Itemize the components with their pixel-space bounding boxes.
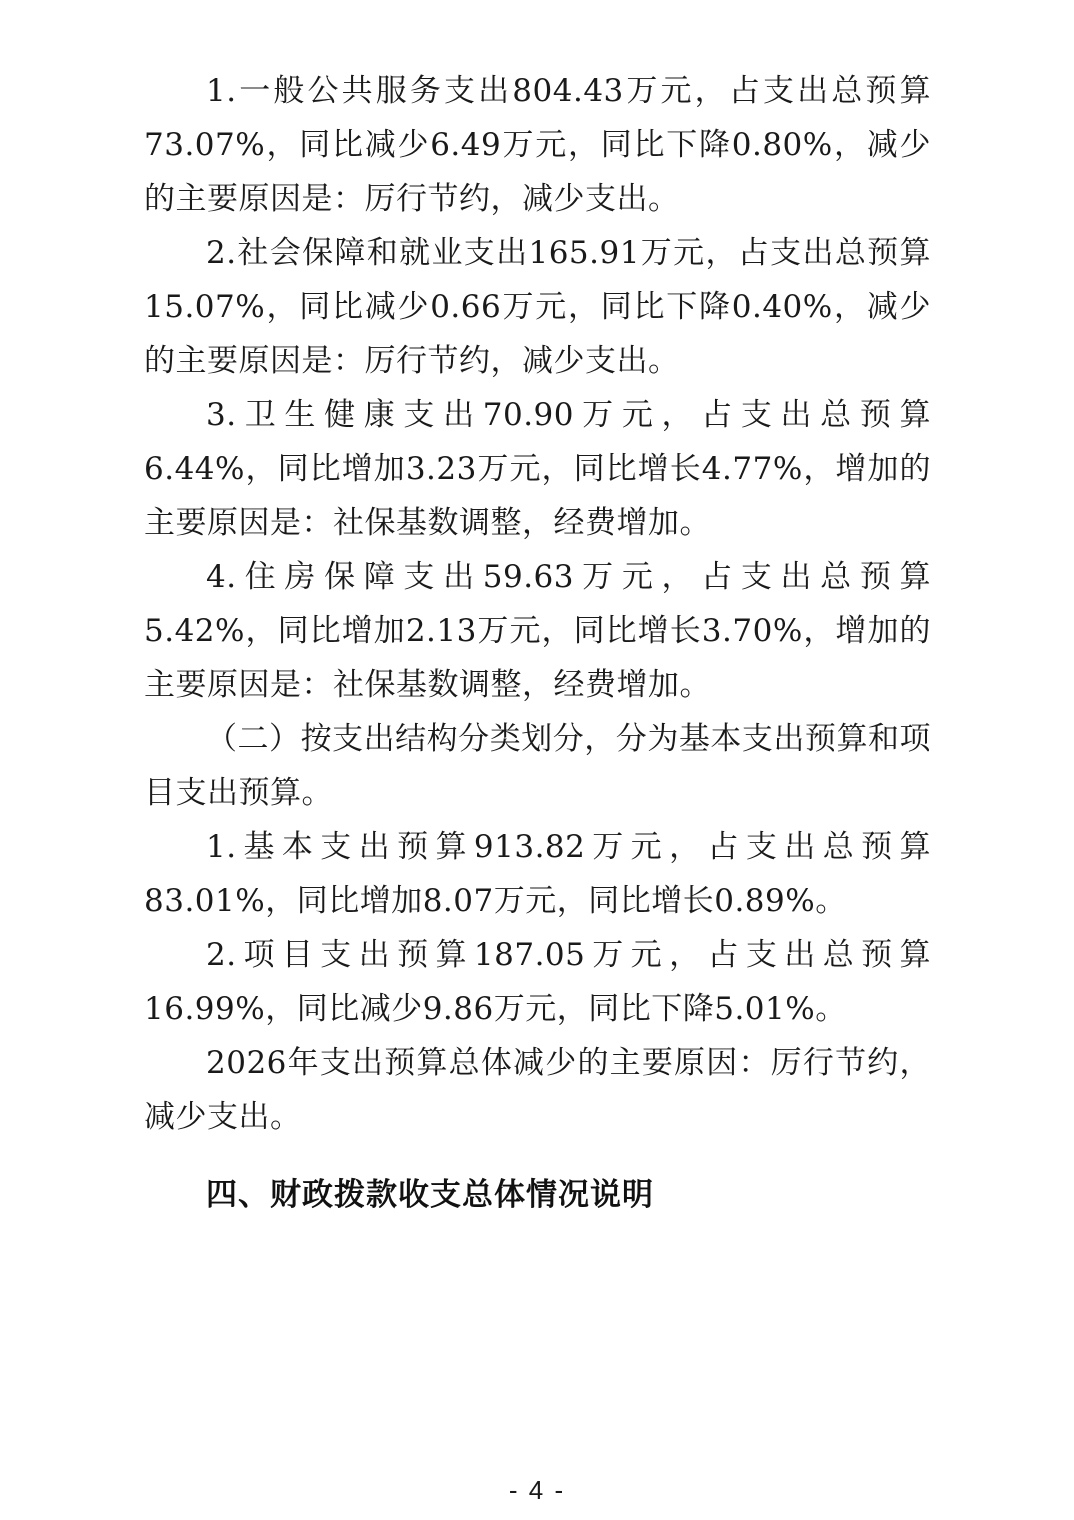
body-paragraph-2: 2.社会保障和就业支出165.91万元，占支出总预算15.07%，同比减少0.6… [144,226,931,388]
document-body: 1.一般公共服务支出804.43万元，占支出总预算73.07%，同比减少6.49… [144,64,931,1222]
body-paragraph-7: 2.项目支出预算187.05万元，占支出总预算16.99%，同比减少9.86万元… [144,928,931,1036]
body-paragraph-6: 1.基本支出预算913.82万元，占支出总预算83.01%，同比增加8.07万元… [144,820,931,928]
body-paragraph-1: 1.一般公共服务支出804.43万元，占支出总预算73.07%，同比减少6.49… [144,64,931,226]
page-number: - 4 - [509,1475,565,1505]
page-footer: - 4 - [0,1475,1074,1506]
body-paragraph-4: 4.住房保障支出59.63万元，占支出总预算5.42%，同比增加2.13万元，同… [144,550,931,712]
section-heading: 四、财政拨款收支总体情况说明 [144,1168,931,1222]
document-page: 1.一般公共服务支出804.43万元，占支出总预算73.07%，同比减少6.49… [0,0,1074,1520]
body-paragraph-8: 2026年支出预算总体减少的主要原因：厉行节约，减少支出。 [144,1036,931,1144]
body-paragraph-5: （二）按支出结构分类划分，分为基本支出预算和项目支出预算。 [144,712,931,820]
body-paragraph-3: 3.卫生健康支出70.90万元，占支出总预算6.44%，同比增加3.23万元，同… [144,388,931,550]
